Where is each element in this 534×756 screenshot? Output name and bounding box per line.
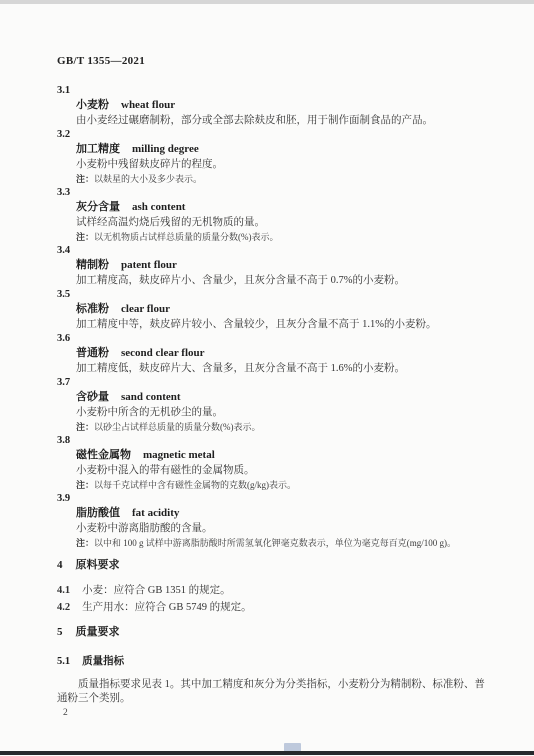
note-text: 以砂尘占试样总质量的质量分数(%)表示。 [94,422,261,432]
term-definition: 加工精度低，麸皮碎片大、含量多，且灰分含量不高于 1.6%的小麦粉。 [76,361,504,376]
term-definition: 由小麦经过碾磨制粉，部分或全部去除麸皮和胚，用于制作面制食品的产品。 [76,113,504,128]
term-heading: 小麦粉wheat flour [76,98,534,113]
note-label: 注： [76,232,94,242]
term-note: 注：以无机物质占试样总质量的质量分数(%)表示。 [76,230,506,244]
term-definition: 试样经高温灼烧后残留的无机物质的量。 [76,215,504,230]
clause-number: 3.8 [57,434,534,448]
term-heading: 磁性金属物magnetic metal [76,448,534,463]
requirement-text: 小麦：应符合 GB 1351 的规定。 [82,585,230,596]
clause-number: 3.7 [57,376,534,390]
term-cn: 加工精度 [76,143,120,155]
requirement-text: 生产用水：应符合 GB 5749 的规定。 [82,602,251,613]
note-label: 注： [76,174,94,184]
term-cn: 含砂量 [76,391,109,403]
term-3-7: 3.7 含砂量sand content 小麦粉中所含的无机砂尘的量。 注：以砂尘… [0,376,534,434]
page-number: 2 [63,707,534,720]
quality-index-paragraph: 质量指标要求见表 1。其中加工精度和灰分为分类指标，小麦粉分为精制粉、标准粉、普… [57,678,494,706]
note-text: 以中和 100 g 试样中游离脂肪酸时所需氢氧化钾毫克数表示，单位为毫克每百克(… [94,538,456,548]
term-cn: 普通粉 [76,347,109,359]
term-heading: 标准粉clear flour [76,302,534,317]
clause-number: 4.1 [57,585,70,596]
term-en: fat acidity [132,507,179,519]
term-heading: 精制粉patent flour [76,258,534,273]
term-cn: 标准粉 [76,303,109,315]
note-text: 以无机物质占试样总质量的质量分数(%)表示。 [94,232,279,242]
term-cn: 小麦粉 [76,99,109,111]
note-label: 注： [76,480,94,490]
term-en: patent flour [121,259,177,271]
clause-number: 5.1 [57,656,70,667]
term-en: sand content [121,391,181,403]
term-en: second clear flour [121,347,205,359]
term-3-4: 3.4 精制粉patent flour 加工精度高，麸皮碎片小、含量少，且灰分含… [0,244,534,288]
section-number: 5 [57,626,63,638]
clause-number: 3.1 [57,84,534,98]
subsection-title: 质量指标 [82,656,124,667]
clause-number: 4.2 [57,602,70,613]
term-note: 注：以麸星的大小及多少表示。 [76,172,506,186]
term-cn: 磁性金属物 [76,449,131,461]
term-en: ash content [132,201,185,213]
clause-number: 3.4 [57,244,534,258]
term-note: 注：以中和 100 g 试样中游离脂肪酸时所需氢氧化钾毫克数表示，单位为毫克每百… [76,536,506,550]
term-3-3: 3.3 灰分含量ash content 试样经高温灼烧后残留的无机物质的量。 注… [0,186,534,244]
term-heading: 含砂量sand content [76,390,534,405]
term-3-5: 3.5 标准粉clear flour 加工精度中等，麸皮碎片较小、含量较少，且灰… [0,288,534,332]
term-cn: 精制粉 [76,259,109,271]
document-page: GB/T 1355—2021 3.1 小麦粉wheat flour 由小麦经过碾… [0,0,534,720]
term-en: wheat flour [121,99,175,111]
term-note: 注：以砂尘占试样总质量的质量分数(%)表示。 [76,420,506,434]
term-definition: 加工精度高，麸皮碎片小、含量少，且灰分含量不高于 0.7%的小麦粉。 [76,273,504,288]
subsection-heading: 5.1质量指标 [57,654,534,669]
term-3-6: 3.6 普通粉second clear flour 加工精度低，麸皮碎片大、含量… [0,332,534,376]
term-definition: 小麦粉中游离脂肪酸的含量。 [76,521,504,536]
term-definition: 加工精度中等，麸皮碎片较小、含量较少，且灰分含量不高于 1.1%的小麦粉。 [76,317,504,332]
term-3-1: 3.1 小麦粉wheat flour 由小麦经过碾磨制粉，部分或全部去除麸皮和胚… [0,84,534,128]
section-heading: 4原料要求 [57,558,534,573]
term-heading: 加工精度milling degree [76,142,534,157]
term-definition: 小麦粉中残留麸皮碎片的程度。 [76,157,504,172]
note-text: 以麸星的大小及多少表示。 [94,174,202,184]
term-cn: 灰分含量 [76,201,120,213]
term-definition: 小麦粉中混入的带有磁性的金属物质。 [76,463,504,478]
clause-number: 3.3 [57,186,534,200]
section-title: 质量要求 [76,626,120,638]
clause-number: 3.2 [57,128,534,142]
section-number: 4 [57,559,63,571]
clause-number: 3.9 [57,492,534,506]
term-note: 注：以每千克试样中含有磁性金属物的克数(g/kg)表示。 [76,478,506,492]
term-en: magnetic metal [143,449,215,461]
term-heading: 普通粉second clear flour [76,346,534,361]
clause-number: 3.6 [57,332,534,346]
term-heading: 脂肪酸值fat acidity [76,506,534,521]
note-label: 注： [76,422,94,432]
bottom-edge-bar [0,751,534,755]
term-3-2: 3.2 加工精度milling degree 小麦粉中残留麸皮碎片的程度。 注：… [0,128,534,186]
note-label: 注： [76,538,94,548]
section-raw-material-requirements: 4原料要求 4.1小麦：应符合 GB 1351 的规定。 4.2生产用水：应符合… [0,558,534,616]
term-definition: 小麦粉中所含的无机砂尘的量。 [76,405,504,420]
note-text: 以每千克试样中含有磁性金属物的克数(g/kg)表示。 [94,480,296,490]
term-3-8: 3.8 磁性金属物magnetic metal 小麦粉中混入的带有磁性的金属物质… [0,434,534,492]
section-quality-requirements: 5质量要求 5.1质量指标 质量指标要求见表 1。其中加工精度和灰分为分类指标，… [0,625,534,706]
clause-number: 3.5 [57,288,534,302]
term-en: clear flour [121,303,170,315]
requirement-item: 4.1小麦：应符合 GB 1351 的规定。 [57,582,534,599]
term-cn: 脂肪酸值 [76,507,120,519]
section-heading: 5质量要求 [57,625,534,640]
requirement-item: 4.2生产用水：应符合 GB 5749 的规定。 [57,599,534,616]
term-heading: 灰分含量ash content [76,200,534,215]
term-3-9: 3.9 脂肪酸值fat acidity 小麦粉中游离脂肪酸的含量。 注：以中和 … [0,492,534,550]
section-title: 原料要求 [76,559,120,571]
term-en: milling degree [132,143,199,155]
top-edge-strip [0,0,534,4]
standard-number-header: GB/T 1355—2021 [57,54,534,68]
